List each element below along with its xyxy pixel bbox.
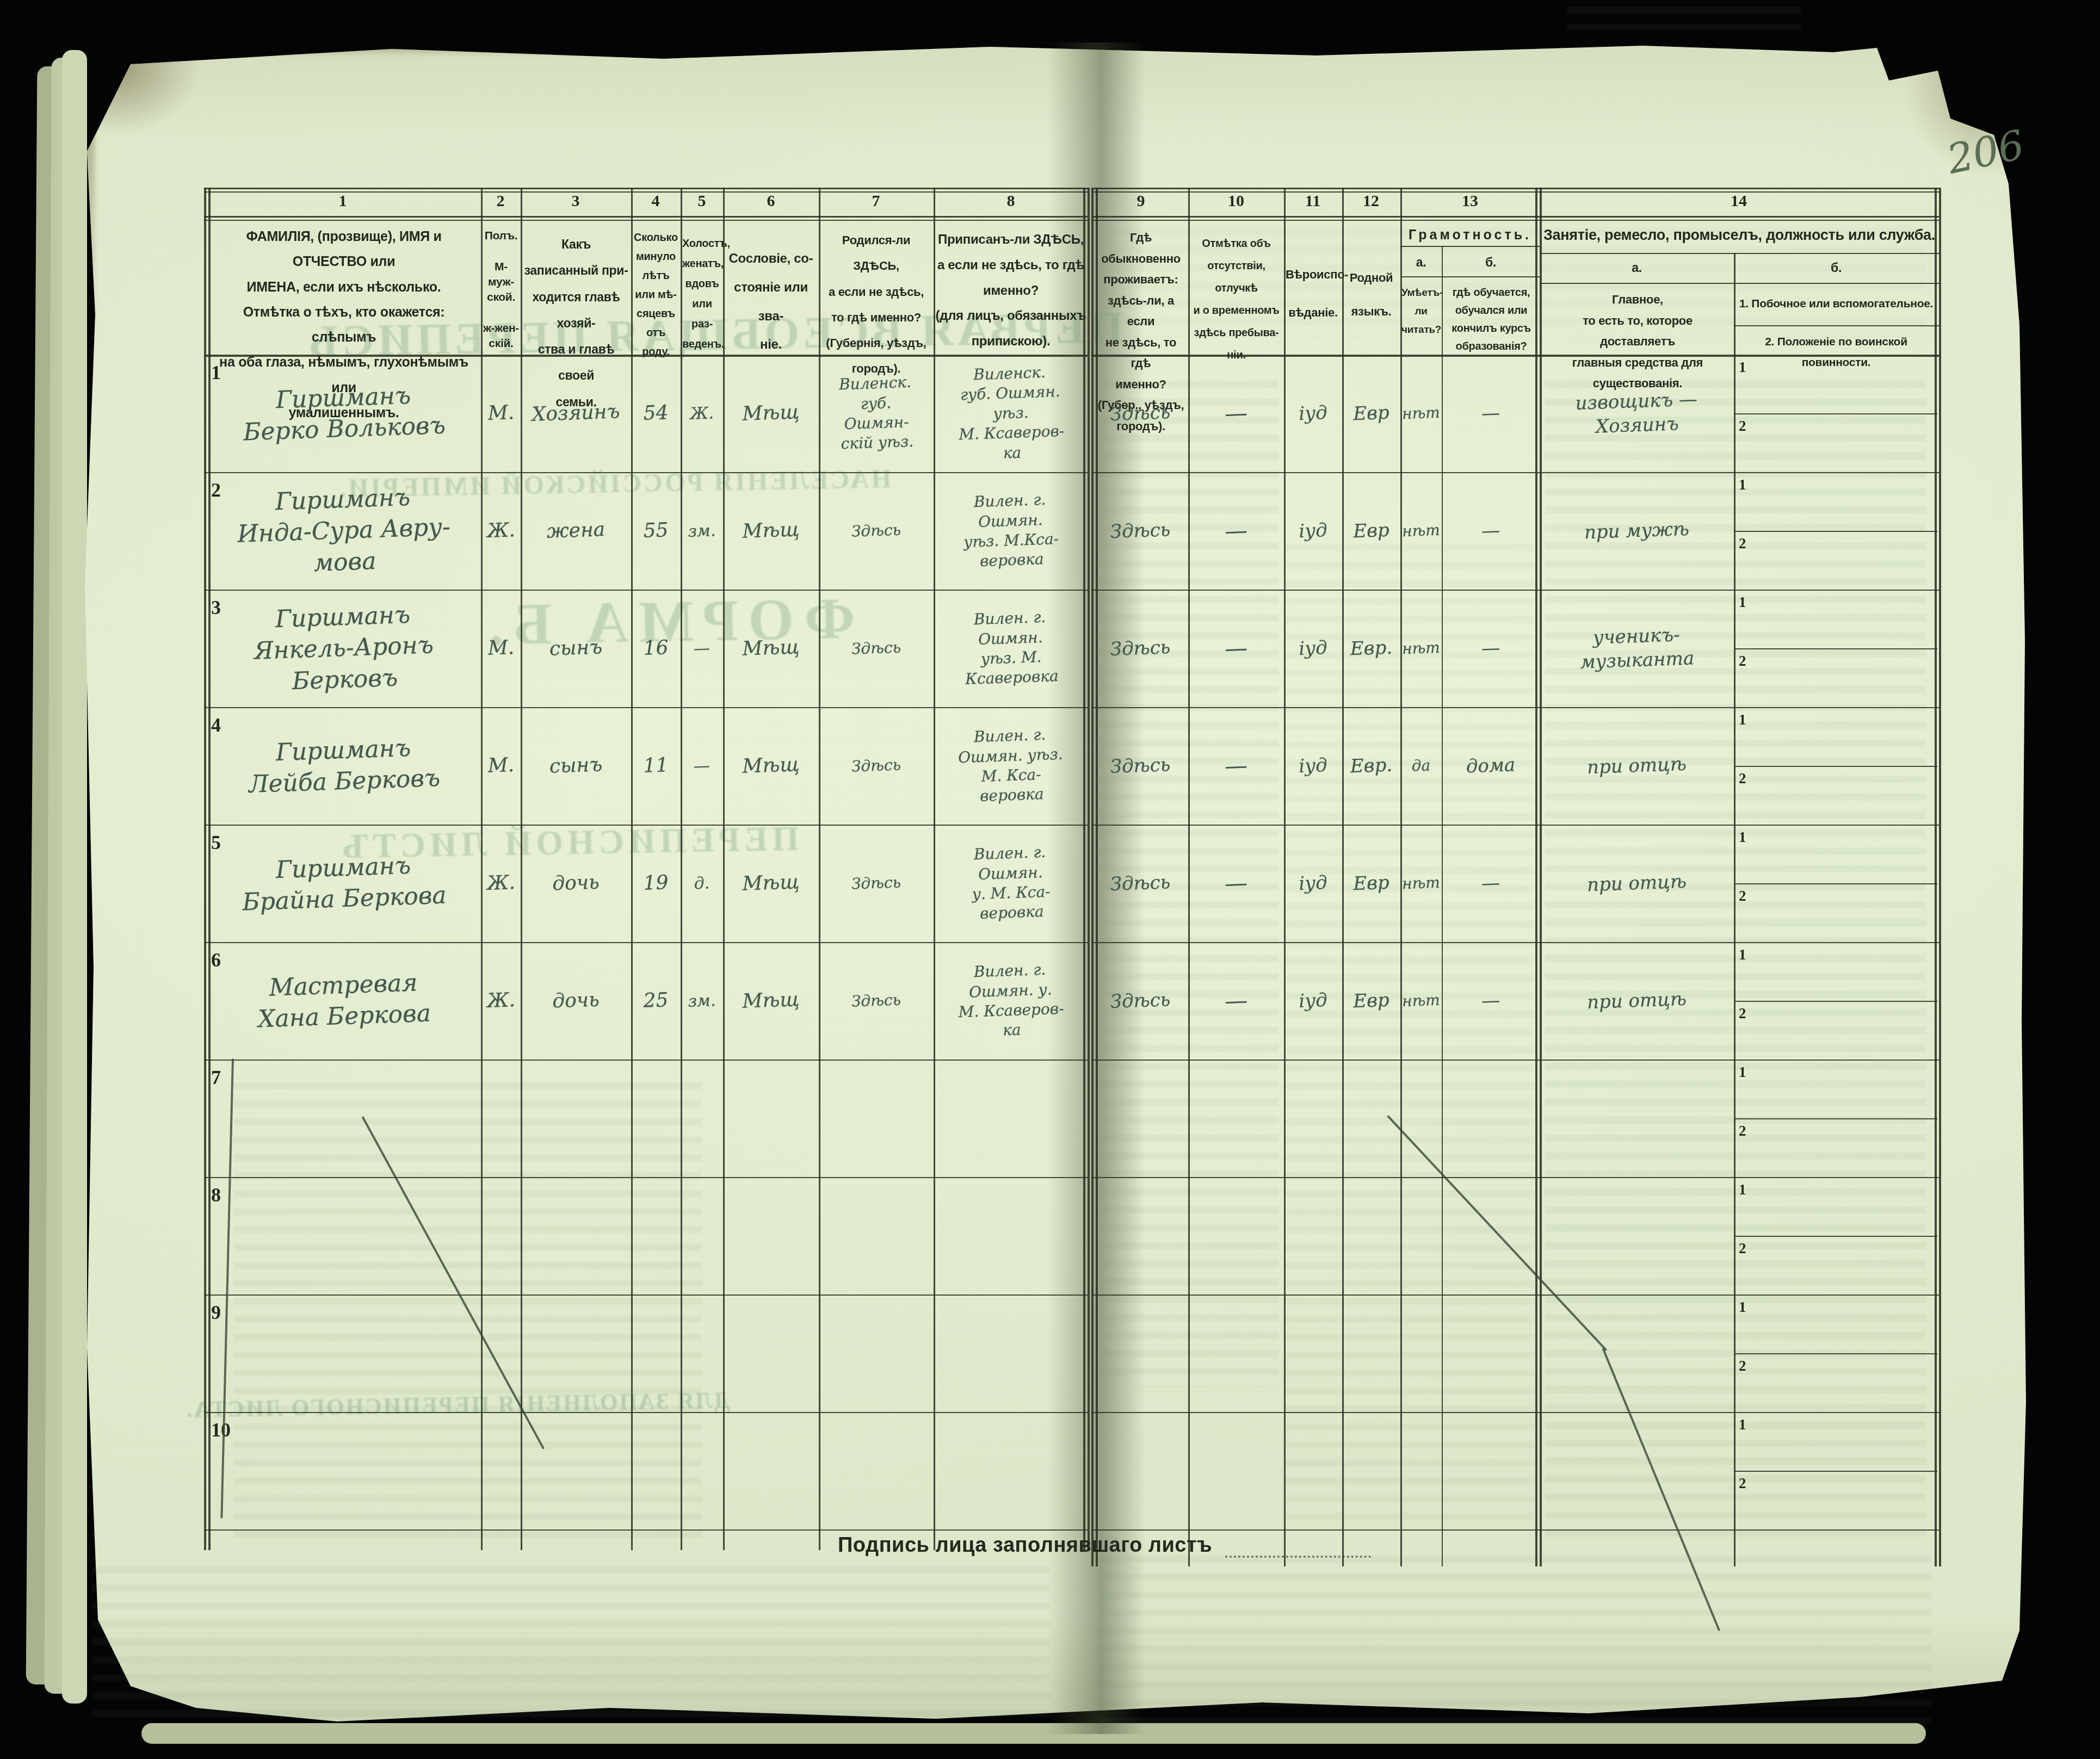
grid-hline	[204, 1529, 1088, 1531]
cell-religion-row-5: іуд	[1283, 826, 1343, 940]
col-header-8: Приписанъ-ли ЗДѢСЬ, а если не здѣсь, то …	[935, 227, 1086, 355]
cell-registered-row-6: Вилен. г. Ошмян. у. М. Ксаверов- ка	[932, 942, 1089, 1060]
row-number-10: 10	[211, 1419, 231, 1441]
cell-age-row-3: 16	[630, 591, 681, 706]
grid-hline	[204, 216, 1088, 218]
cell-literacy_b-row-3: —	[1441, 590, 1540, 707]
grid-hline	[1735, 531, 1937, 532]
signature-dotted-line	[1225, 1535, 1371, 1558]
cell-relation-row-6: дочь	[520, 943, 632, 1060]
cell-registered-row-1: Виленск. губ. Ошмян. уѣз. М. Ксаверов- к…	[932, 354, 1089, 473]
cell-absence-row-4: —	[1187, 708, 1284, 824]
cell-registered-row-4: Вилен. г. Ошмян. уѣз. М. Кса- веровка	[932, 707, 1089, 825]
cell-name-row-3: Гиршманъ Янкель-Аронъ Берковъ	[208, 587, 480, 709]
occupation-secondary-sub-2: 2	[1739, 770, 1771, 787]
occupation-secondary-sub-2: 2	[1739, 1240, 1771, 1257]
grid-hline	[1091, 188, 1939, 189]
occupation-secondary-sub-1: 1	[1739, 829, 1771, 846]
grid-hline	[204, 707, 1088, 708]
col-header-13b-desc: гдѣ обучается, обучался или кончилъ курс…	[1444, 284, 1539, 356]
cell-name-row-6: Мастревая Хана Беркова	[208, 939, 480, 1062]
cell-absence-row-2: —	[1187, 473, 1284, 589]
grid-vline	[1442, 246, 1443, 1566]
cell-estate-row-3: Мѣщ	[722, 590, 819, 707]
cell-marital-row-4: —	[680, 709, 724, 823]
column-number-8: 8	[978, 192, 1043, 210]
grid-hline	[204, 825, 1088, 826]
signature-label: Подпись лица заполнявшаго листъ	[838, 1534, 1212, 1557]
occupation-secondary-sub-1: 1	[1739, 1299, 1771, 1316]
cell-residence-row-3: Здѣсь	[1091, 590, 1189, 707]
col-header-10: Отмѣтка объ отсутствіи, отлучкѣ и о врем…	[1190, 233, 1283, 367]
occupation-secondary-sub-2: 2	[1739, 418, 1771, 435]
cell-language-row-3: Евр.	[1341, 591, 1401, 705]
col-header-5: Холостъ, женатъ, вдовъ или раз- веденъ.	[682, 234, 722, 355]
cell-occupation-row-6: при отцѣ	[1539, 941, 1734, 1061]
cell-literacy_a-row-5: нѣт	[1399, 826, 1442, 940]
column-number-9: 9	[1108, 192, 1173, 210]
cell-residence-row-1: Здѣсь	[1091, 355, 1189, 472]
cell-occupation-row-4: при отцѣ	[1539, 706, 1734, 826]
cell-age-row-2: 55	[630, 474, 681, 589]
cell-born-row-1: Виленск. губ. Ошмян- скій уѣз.	[818, 355, 934, 472]
grid-hline	[1400, 246, 1540, 247]
grid-hline	[204, 1060, 1088, 1061]
col-header-13-group: Грамотность.	[1401, 223, 1539, 247]
cell-marital-row-6: зм.	[680, 944, 724, 1058]
col-header-6: Сословіе, со- стояніе или зва- ніе.	[725, 245, 817, 360]
cell-absence-row-1: —	[1187, 355, 1284, 472]
grid-hline	[204, 942, 1088, 943]
grid-hline	[204, 220, 1088, 221]
column-number-2: 2	[468, 192, 533, 210]
grid-hline	[204, 1295, 1088, 1296]
grid-hline	[1735, 766, 1937, 767]
grid-hline	[1091, 1177, 1939, 1178]
grid-hline	[204, 472, 1088, 473]
cell-name-row-4: Гиршманъ Лейба Берковъ	[208, 704, 480, 827]
col-header-13a: а.	[1401, 251, 1441, 274]
cell-residence-row-5: Здѣсь	[1091, 825, 1189, 942]
cell-religion-row-6: іуд	[1283, 943, 1343, 1058]
cell-relation-row-2: жена	[520, 473, 632, 590]
cell-registered-row-3: Вилен. г. Ошмян. уѣз. М. Ксаверовка	[932, 589, 1089, 708]
cell-literacy_b-row-6: —	[1441, 943, 1540, 1059]
cell-born-row-4: Здѣсь	[818, 707, 934, 824]
cell-residence-row-6: Здѣсь	[1091, 943, 1189, 1059]
cell-estate-row-4: Мѣщ	[722, 708, 819, 824]
col-header-14a: а.	[1541, 257, 1733, 279]
cell-occupation-row-5: при отцѣ	[1539, 823, 1734, 943]
grid-hline	[1091, 1060, 1939, 1061]
cell-marital-row-1: Ж.	[680, 356, 724, 470]
occupation-secondary-sub-2: 2	[1739, 1475, 1771, 1492]
occupation-secondary-sub-2: 2	[1739, 1005, 1771, 1022]
cell-estate-row-6: Мѣщ	[722, 943, 819, 1059]
cell-language-row-6: Евр	[1341, 943, 1401, 1058]
col-header-13b: б.	[1443, 251, 1539, 274]
cell-relation-row-5: дочь	[520, 825, 632, 942]
cell-religion-row-1: іуд	[1283, 356, 1343, 470]
grid-hline	[1091, 1412, 1939, 1413]
cell-language-row-1: Евр	[1341, 356, 1401, 470]
grid-vline	[1935, 188, 1937, 1566]
grid-hline	[204, 1412, 1088, 1413]
cell-occupation-row-1: извощикъ — Хозяинъ	[1539, 354, 1734, 473]
cell-absence-row-3: —	[1187, 590, 1284, 707]
column-number-6: 6	[738, 192, 804, 210]
cell-literacy_a-row-4: да	[1399, 709, 1442, 823]
cell-registered-row-5: Вилен. г. Ошмян. у. М. Кса- веровка	[932, 824, 1089, 943]
row-number-9: 9	[211, 1301, 221, 1324]
grid-hline	[1540, 253, 1939, 254]
cell-sex-row-5: Ж.	[480, 826, 522, 940]
column-number-3: 3	[543, 192, 608, 210]
background-sheet-text	[1567, 7, 1801, 29]
cell-literacy_a-row-6: нѣт	[1399, 944, 1442, 1058]
cell-sex-row-3: М.	[480, 591, 522, 705]
cell-relation-row-4: сынъ	[520, 708, 632, 825]
cell-sex-row-1: М.	[480, 356, 522, 470]
row-number-8: 8	[211, 1184, 221, 1206]
grid-hline	[1091, 1529, 1939, 1531]
grid-vline	[1088, 188, 1090, 1550]
cell-estate-row-5: Мѣщ	[722, 825, 819, 942]
grid-hline	[1091, 216, 1939, 218]
cell-sex-row-4: М.	[480, 709, 522, 823]
occupation-secondary-sub-1: 1	[1739, 594, 1771, 611]
grid-hline	[204, 188, 1088, 189]
col-header-11: Вѣроиспо- вѣданіе.	[1286, 256, 1341, 332]
column-number-12: 12	[1338, 192, 1404, 210]
scanned-census-book: ПЕРВАЯ ВСЕОБЩАЯ ПЕРЕПИСЬ НАСЕЛЕНІЯ РОССІ…	[0, 0, 2100, 1759]
cell-marital-row-3: —	[680, 591, 724, 705]
cell-age-row-5: 19	[630, 826, 681, 941]
grid-hline	[1540, 283, 1939, 284]
column-number-1: 1	[310, 192, 375, 210]
column-number-14: 14	[1706, 192, 1771, 210]
column-number-7: 7	[843, 192, 909, 210]
cell-literacy_b-row-5: —	[1441, 825, 1540, 942]
grid-hline	[1735, 648, 1937, 649]
cell-literacy_a-row-1: нѣт	[1399, 356, 1442, 470]
cell-name-row-2: Гиршманъ Инда-Сура Авру- мова	[208, 469, 480, 592]
torn-corner-stain	[76, 48, 201, 135]
cell-born-row-5: Здѣсь	[818, 825, 934, 942]
cell-occupation-row-3: ученикъ- музыканта	[1539, 589, 1734, 708]
grid-hline	[1735, 1118, 1937, 1119]
grid-hline	[1734, 325, 1939, 326]
col-header-14b1-desc: 1. Побочное или вспомогательное.	[1739, 294, 1934, 314]
column-number-11: 11	[1280, 192, 1345, 210]
occupation-secondary-sub-2: 2	[1739, 653, 1771, 670]
cell-age-row-6: 25	[630, 944, 681, 1058]
occupation-secondary-sub-1: 1	[1739, 946, 1771, 963]
cell-literacy_a-row-2: нѣт	[1399, 474, 1442, 588]
column-number-5: 5	[669, 192, 734, 210]
grid-hline	[1735, 883, 1937, 884]
cell-occupation-row-2: при мужѣ	[1539, 471, 1734, 591]
grid-hline	[1400, 276, 1540, 277]
cell-estate-row-2: Мѣщ	[722, 473, 819, 589]
cell-residence-row-2: Здѣсь	[1091, 473, 1189, 589]
torn-edge-stain	[70, 39, 695, 58]
grid-hline	[1735, 1236, 1937, 1237]
grid-hline	[1735, 1471, 1937, 1472]
occupation-secondary-sub-2: 2	[1739, 888, 1771, 905]
grid-hline	[1091, 220, 1939, 221]
grid-vline	[1939, 188, 1941, 1566]
col-header-13a-desc: Умѣетъ- ли читать?	[1401, 284, 1441, 340]
column-number-13: 13	[1437, 192, 1503, 210]
occupation-secondary-sub-1: 1	[1739, 1416, 1771, 1433]
grid-hline	[1735, 413, 1937, 414]
cell-sex-row-2: Ж.	[480, 474, 522, 588]
cell-absence-row-5: —	[1187, 825, 1284, 942]
cell-residence-row-4: Здѣсь	[1091, 708, 1189, 824]
cell-registered-row-2: Вилен. г. Ошмян. уѣз. М.Кса- веровка	[932, 472, 1089, 590]
occupation-secondary-sub-1: 1	[1739, 1064, 1771, 1081]
grid-vline	[204, 188, 206, 1550]
cell-literacy_a-row-3: нѣт	[1399, 591, 1442, 705]
occupation-secondary-sub-1: 1	[1739, 359, 1771, 376]
cell-born-row-3: Здѣсь	[818, 590, 934, 707]
grid-hline	[1091, 1295, 1939, 1296]
grid-hline	[1735, 1001, 1937, 1002]
cell-relation-row-3: сынъ	[520, 590, 632, 707]
page-stack-edge	[62, 50, 87, 1704]
cell-born-row-6: Здѣсь	[818, 942, 934, 1059]
occupation-secondary-sub-1: 1	[1739, 476, 1771, 493]
occupation-secondary-sub-2: 2	[1739, 1358, 1771, 1374]
cell-religion-row-4: іуд	[1283, 708, 1343, 823]
grid-hline	[204, 1177, 1088, 1178]
cell-marital-row-5: д.	[680, 826, 724, 940]
cell-born-row-2: Здѣсь	[818, 472, 934, 589]
cell-religion-row-2: іуд	[1283, 473, 1343, 588]
cell-name-row-1: Гиршманъ Берко Вольковъ	[208, 352, 480, 474]
column-number-10: 10	[1203, 192, 1269, 210]
cell-language-row-5: Евр	[1341, 826, 1401, 940]
col-header-14-group: Занятіе, ремесло, промыселъ, должность и…	[1542, 222, 1937, 249]
cell-age-row-4: 11	[630, 709, 681, 823]
grid-hline	[1735, 1353, 1937, 1354]
col-header-12: Родной языкъ.	[1344, 261, 1399, 328]
cell-marital-row-2: зм.	[680, 474, 724, 588]
col-header-2: Полъ. М-муж- ской. ж-жен- скій.	[482, 228, 520, 352]
cell-sex-row-6: Ж.	[480, 944, 522, 1058]
occupation-secondary-sub-1: 1	[1739, 711, 1771, 728]
occupation-secondary-sub-2: 2	[1739, 535, 1771, 552]
cell-age-row-1: 54	[630, 356, 681, 471]
cell-absence-row-6: —	[1187, 943, 1284, 1059]
cell-literacy_b-row-2: —	[1441, 473, 1540, 589]
occupation-secondary-sub-1: 1	[1739, 1181, 1771, 1198]
col-header-14b: б.	[1735, 257, 1937, 279]
cell-name-row-5: Гиршманъ Брайна Беркова	[208, 822, 480, 944]
col-header-4: Сколько минуло лѣтъ или мѣ- сяцевъ отъ р…	[633, 228, 679, 362]
cell-language-row-2: Евр	[1341, 473, 1401, 588]
cell-literacy_b-row-1: —	[1441, 355, 1540, 472]
cell-estate-row-1: Мѣщ	[722, 355, 819, 472]
occupation-secondary-sub-2: 2	[1739, 1123, 1771, 1139]
cell-language-row-4: Евр.	[1341, 708, 1401, 823]
grid-hline	[204, 590, 1088, 591]
row-number-7: 7	[211, 1066, 221, 1089]
page-stack-edge-bottom	[141, 1723, 1926, 1744]
cell-relation-row-1: Хозяинъ	[520, 355, 632, 472]
cell-literacy_b-row-4: дома	[1441, 708, 1540, 824]
cell-religion-row-3: іуд	[1283, 591, 1343, 705]
